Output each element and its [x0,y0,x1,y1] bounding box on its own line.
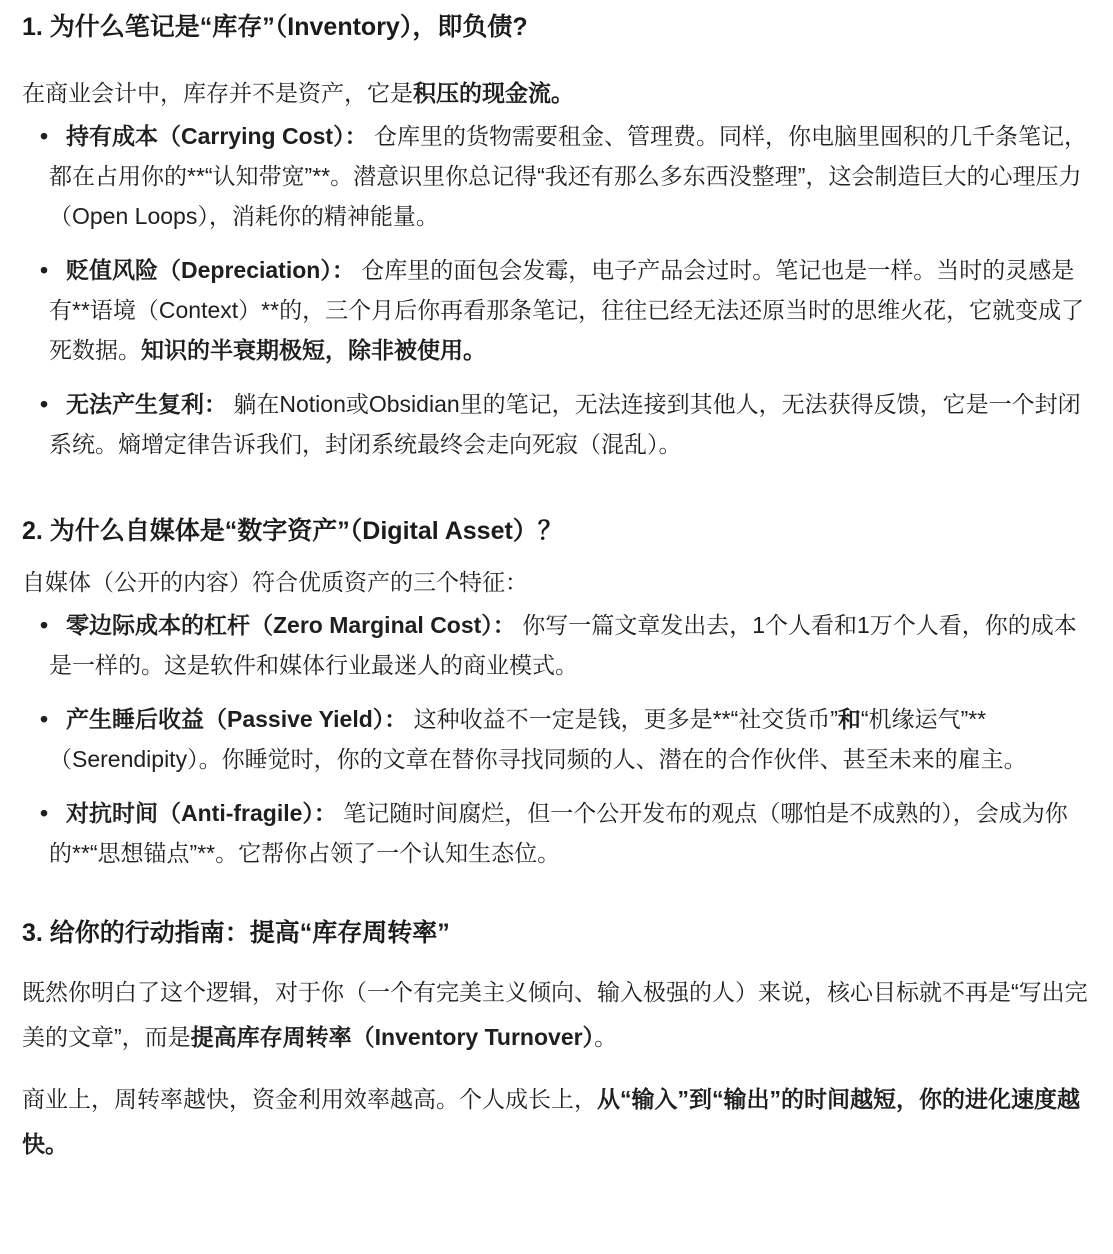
bullet-icon: • [40,384,48,424]
list-item-text: 产生睡后收益（Passive Yield）： 这种收益不一定是钱，更多是**“社… [49,706,1027,772]
list-item-anti-fragile: •对抗时间（Anti-fragile）： 笔记随时间腐烂，但一个公开发布的观点（… [49,793,1090,873]
bullet-icon: • [40,793,48,833]
list-item-text: 无法产生复利： 躺在Notion或Obsidian里的笔记，无法连接到其他人，无… [49,391,1081,457]
list-item-carrying-cost: •持有成本（Carrying Cost）： 仓库里的货物需要租金、管理费。同样，… [49,116,1090,236]
list-item-text: 持有成本（Carrying Cost）： 仓库里的货物需要租金、管理费。同样，你… [49,123,1087,229]
section-heading-1: 1. 为什么笔记是“库存”（Inventory），即负债? [22,11,1090,43]
action-guide-paragraph-2: 商业上，周转率越快，资金利用效率越高。个人成长上，从“输入”到“输出”的时间越短… [22,1077,1090,1167]
section-digital-asset: 2. 为什么自媒体是“数字资产”（Digital Asset）？ 自媒体（公开的… [22,515,1090,873]
section-inventory: 1. 为什么笔记是“库存”（Inventory），即负债? 在商业会计中，库存并… [22,11,1090,464]
list-item-zero-marginal-cost: •零边际成本的杠杆（Zero Marginal Cost）： 你写一篇文章发出去… [49,605,1090,685]
list-item-text: 零边际成本的杠杆（Zero Marginal Cost）： 你写一篇文章发出去，… [49,612,1077,678]
list-item-text: 贬值风险（Depreciation）： 仓库里的面包会发霉，电子产品会过时。笔记… [49,257,1084,363]
list-item-passive-yield: •产生睡后收益（Passive Yield）： 这种收益不一定是钱，更多是**“… [49,699,1090,779]
section-intro-2: 自媒体（公开的内容）符合优质资产的三个特征： [22,560,1090,605]
bullet-icon: • [40,116,48,156]
list-item-no-compounding: •无法产生复利： 躺在Notion或Obsidian里的笔记，无法连接到其他人，… [49,384,1090,464]
bullet-icon: • [40,699,48,739]
bullet-icon: • [40,605,48,645]
section-heading-3: 3. 给你的行动指南：提高“库存周转率” [22,917,1090,949]
bullet-list-2: •零边际成本的杠杆（Zero Marginal Cost）： 你写一篇文章发出去… [22,605,1090,873]
answer-document: 1. 为什么笔记是“库存”（Inventory），即负债? 在商业会计中，库存并… [0,0,1113,1167]
section-heading-2: 2. 为什么自媒体是“数字资产”（Digital Asset）？ [22,515,1090,547]
list-item-text: 对抗时间（Anti-fragile）： 笔记随时间腐烂，但一个公开发布的观点（哪… [49,800,1068,866]
bullet-list-1: •持有成本（Carrying Cost）： 仓库里的货物需要租金、管理费。同样，… [22,116,1090,464]
section-action-guide: 3. 给你的行动指南：提高“库存周转率” 既然你明白了这个逻辑，对于你（一个有完… [22,917,1090,1167]
section-intro-1: 在商业会计中，库存并不是资产，它是积压的现金流。 [22,71,1090,116]
list-item-depreciation: •贬值风险（Depreciation）： 仓库里的面包会发霉，电子产品会过时。笔… [49,250,1090,370]
action-guide-paragraph-1: 既然你明白了这个逻辑，对于你（一个有完美主义倾向、输入极强的人）来说，核心目标就… [22,970,1090,1060]
bullet-icon: • [40,250,48,290]
